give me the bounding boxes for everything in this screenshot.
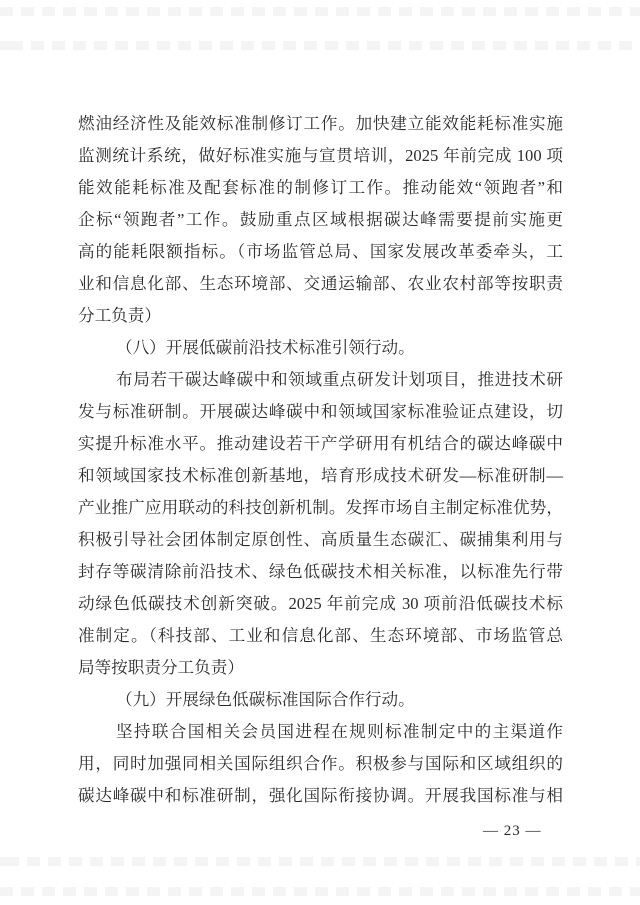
scan-artifact — [0, 887, 640, 896]
scan-artifact — [0, 857, 640, 866]
text-line: 发与标准研制。开展碳达峰碳中和领域国家标准验证点建设，切 — [78, 396, 563, 428]
text-line: 监测统计系统，做好标准实施与宣贯培训，2025 年前完成 100 项 — [78, 140, 563, 172]
text-line: 高的能耗限额指标。（市场监管总局、国家发展改革委牵头，工 — [78, 236, 563, 268]
text-line: 实提升标准水平。推动建设若干产学研用有机结合的碳达峰碳中 — [78, 428, 563, 460]
text-line: 准制定。（科技部、工业和信息化部、生态环境部、市场监管总 — [78, 620, 563, 652]
text-line: 企标“领跑者”工作。鼓励重点区域根据碳达峰需要提前实施更 — [78, 204, 563, 236]
page-body-text: 燃油经济性及能效标准制修订工作。加快建立能效能耗标准实施监测统计系统，做好标准实… — [78, 108, 563, 812]
document-page: 燃油经济性及能效标准制修订工作。加快建立能效能耗标准实施监测统计系统，做好标准实… — [0, 0, 640, 905]
text-line: 业和信息化部、生态环境部、交通运输部、农业农村部等按职责 — [78, 268, 563, 300]
text-line: 坚持联合国相关会员国进程在规则标准制定中的主渠道作 — [78, 716, 563, 748]
text-line: 能效能耗标准及配套标准的制修订工作。推动能效“领跑者”和 — [78, 172, 563, 204]
text-line: 局等按职责分工负责） — [78, 652, 563, 684]
text-line: 封存等碳清除前沿技术、绿色低碳技术相关标准，以标准先行带 — [78, 556, 563, 588]
text-line: 产业推广应用联动的科技创新机制。发挥市场自主制定标准优势， — [78, 492, 563, 524]
text-line: 燃油经济性及能效标准制修订工作。加快建立能效能耗标准实施 — [78, 108, 563, 140]
text-line: 布局若干碳达峰碳中和领域重点研发计划项目，推进技术研 — [78, 364, 563, 396]
scan-artifact — [0, 7, 640, 16]
text-line: 碳达峰碳中和标准研制，强化国际衔接协调。开展我国标准与相 — [78, 780, 563, 812]
scan-artifact — [0, 41, 640, 50]
text-line: 和领域国家技术标准创新基地，培育形成技术研发—标准研制— — [78, 460, 563, 492]
page-number: — 23 — — [483, 821, 542, 841]
text-line: 分工负责） — [78, 300, 563, 332]
text-line: （九）开展绿色低碳标准国际合作行动。 — [78, 684, 563, 716]
text-line: （八）开展低碳前沿技术标准引领行动。 — [78, 332, 563, 364]
text-line: 动绿色低碳技术创新突破。2025 年前完成 30 项前沿低碳技术标 — [78, 588, 563, 620]
text-line: 积极引导社会团体制定原创性、高质量生态碳汇、碳捕集利用与 — [78, 524, 563, 556]
text-line: 用，同时加强同相关国际组织合作。积极参与国际和区域组织的 — [78, 748, 563, 780]
